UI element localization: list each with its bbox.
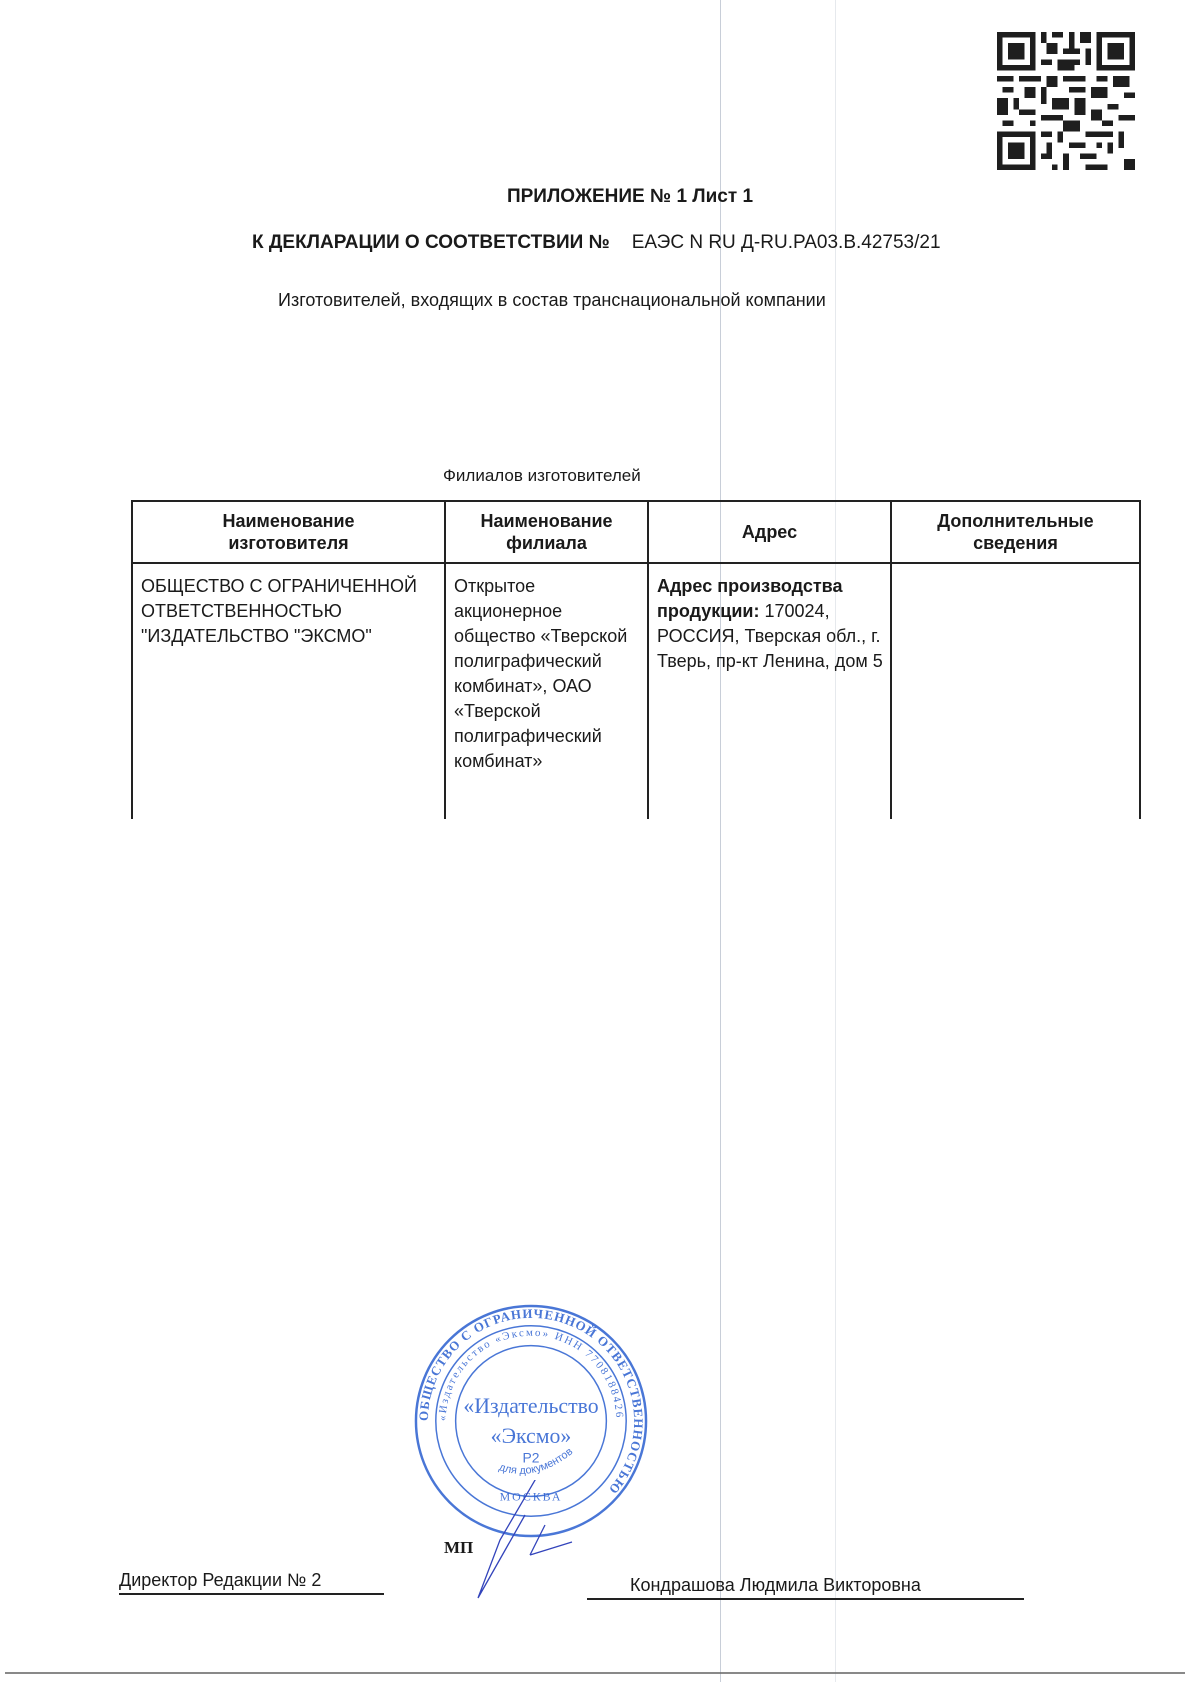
svg-text:«Издательство: «Издательство [463, 1394, 598, 1418]
table-caption: Филиалов изготовителей [443, 466, 641, 486]
subtitle: Изготовителей, входящих в состав трансна… [278, 290, 826, 311]
seal-place-label: МП [444, 1538, 473, 1558]
declaration-title: К ДЕКЛАРАЦИИ О СООТВЕТСТВИИ №ЕАЭС N RU Д… [252, 232, 941, 254]
declaration-number: ЕАЭС N RU Д-RU.PA03.B.42753/21 [632, 232, 941, 253]
cell-branch: Открытое акционерное общество «Тверской … [445, 563, 648, 819]
handwritten-signature-icon [470, 1480, 600, 1600]
svg-text:«Эксмо»: «Эксмо» [491, 1424, 572, 1448]
declaration-label: К ДЕКЛАРАЦИИ О СООТВЕТСТВИИ № [252, 232, 610, 253]
qr-code-icon [997, 32, 1135, 170]
branches-table: Наименование изготовителя Наименование ф… [131, 500, 1141, 819]
column-header-additional: Дополнительные сведения [891, 501, 1140, 563]
column-header-branch: Наименование филиала [445, 501, 648, 563]
cell-additional [891, 563, 1140, 819]
column-header-manufacturer: Наименование изготовителя [132, 501, 445, 563]
signatory-name: Кондрашова Людмила Викторовна [630, 1575, 921, 1595]
column-header-address: Адрес [648, 501, 891, 563]
table-header-row: Наименование изготовителя Наименование ф… [132, 501, 1140, 563]
signatory-name-line: Кондрашова Людмила Викторовна [587, 1575, 1024, 1600]
cell-manufacturer: ОБЩЕСТВО С ОГРАНИЧЕННОЙ ОТВЕТСТВЕННОСТЬЮ… [132, 563, 445, 819]
page-bottom-rule [5, 1672, 1185, 1674]
table-row: ОБЩЕСТВО С ОГРАНИЧЕННОЙ ОТВЕТСТВЕННОСТЬЮ… [132, 563, 1140, 819]
cell-address: Адрес производства продукции: 170024, РО… [648, 563, 891, 819]
signatory-position: Директор Редакции № 2 [119, 1570, 384, 1595]
appendix-title: ПРИЛОЖЕНИЕ № 1 Лист 1 [0, 186, 1190, 208]
